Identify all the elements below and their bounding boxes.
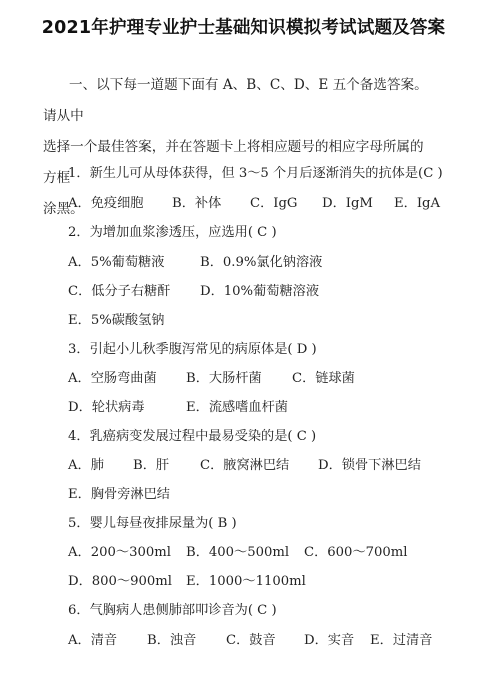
option-d: D．轮状病毒 [68,398,145,418]
option-b: B．0.9%氯化钠溶液 [200,253,322,273]
question-4-stem: 4．乳癌病变发展过程中最易受染的是( C ) [68,427,316,447]
option-a: A．清音 [68,631,117,651]
question-2-stem: 2．为增加血浆渗透压，应选用( C ) [68,223,277,243]
option-c: C．低分子右糖酐 [68,282,170,302]
option-e: E．流感嗜血杆菌 [186,398,288,418]
option-a: A．200～300ml [68,543,171,563]
document-title: 2021年护理专业护士基础知识模拟考试试题及答案 [0,14,487,39]
question-3-stem: 3．引起小儿秋季腹泻常见的病原体是( D ) [68,340,317,360]
option-c: C．600～700ml [304,543,408,563]
question-6-stem: 6．气胸病人患侧肺部叩诊音为( C ) [68,601,277,621]
option-a: A．空肠弯曲菌 [68,369,157,389]
option-c: C．IgG [250,194,297,214]
option-c: C．链球菌 [292,369,355,389]
question-5-stem: 5．婴儿每昼夜排尿量为( B ) [68,514,237,534]
option-b: B．补体 [172,194,221,214]
option-c: C．腋窝淋巴结 [200,456,289,476]
option-a: A．免疫细胞 [68,194,143,214]
option-e: E．1000～1100ml [186,572,306,592]
option-e: E．胸骨旁淋巴结 [68,485,170,505]
option-d: D．实音 [304,631,354,651]
instructions-line-1: 一、以下每一道题下面有 A、B、C、D、E 五个备选答案。请从中 [43,70,435,132]
option-b: B．浊音 [147,631,196,651]
option-d: D．800～900ml [68,572,172,592]
question-1-stem: 1．新生儿可从母体获得，但 3～5 个月后逐渐消失的抗体是(C ) [68,164,443,184]
option-b: B．肝 [133,456,169,476]
option-c: C．鼓音 [226,631,276,651]
option-e: E．5%碳酸氢钠 [68,311,165,331]
option-a: A．肺 [68,456,104,476]
option-d: D．锁骨下淋巴结 [318,456,421,476]
instructions-text-1: 一、以下每一道题下面有 A、B、C、D、E 五个备选答案。请从中 [43,77,428,124]
instructions-line-2: 选择一个最佳答案，并在答题卡上将相应题号的相应字母所属的方框 [43,132,435,194]
option-b: B．400～500ml [186,543,289,563]
option-b: B．大肠杆菌 [186,369,262,389]
option-d: D．10%葡萄糖溶液 [200,282,319,302]
option-a: A．5%葡萄糖液 [68,253,164,273]
option-d: D．IgM [322,194,373,214]
option-e: E．过清音 [370,631,432,651]
option-e: E．IgA [394,194,440,214]
